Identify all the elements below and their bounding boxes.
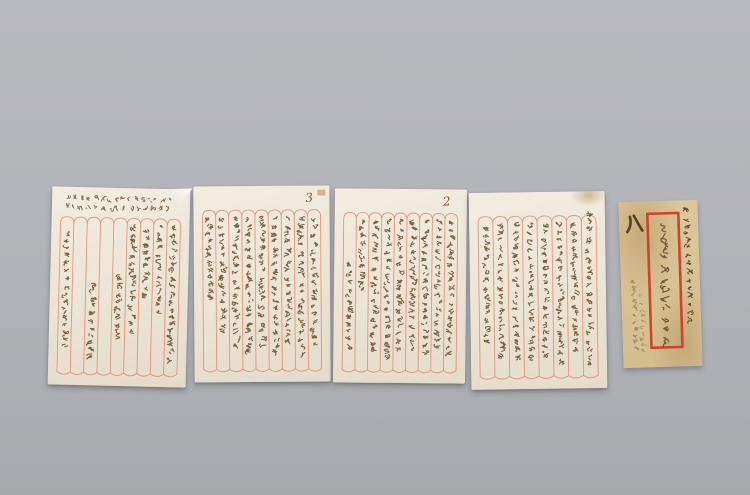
envelope-frame-and-handwriting: [618, 200, 702, 368]
ruled-grid-and-handwriting: [469, 191, 608, 390]
letter-sheet-2: 3: [193, 186, 330, 383]
letter-sheet-1: [48, 186, 191, 387]
letter-sheet-3: 2: [333, 188, 467, 383]
ruled-grid-and-handwriting: [193, 186, 330, 383]
letter-sheet-4: [469, 191, 608, 390]
ruled-grid-and-handwriting: [48, 186, 191, 387]
tape-residue-stain: [317, 190, 325, 196]
page-number-mark: 2: [443, 194, 452, 209]
envelope: [618, 200, 702, 368]
photo-backdrop: 3 2: [0, 0, 750, 495]
ruled-grid-and-handwriting: [333, 188, 467, 383]
page-number-mark: 3: [305, 190, 314, 205]
